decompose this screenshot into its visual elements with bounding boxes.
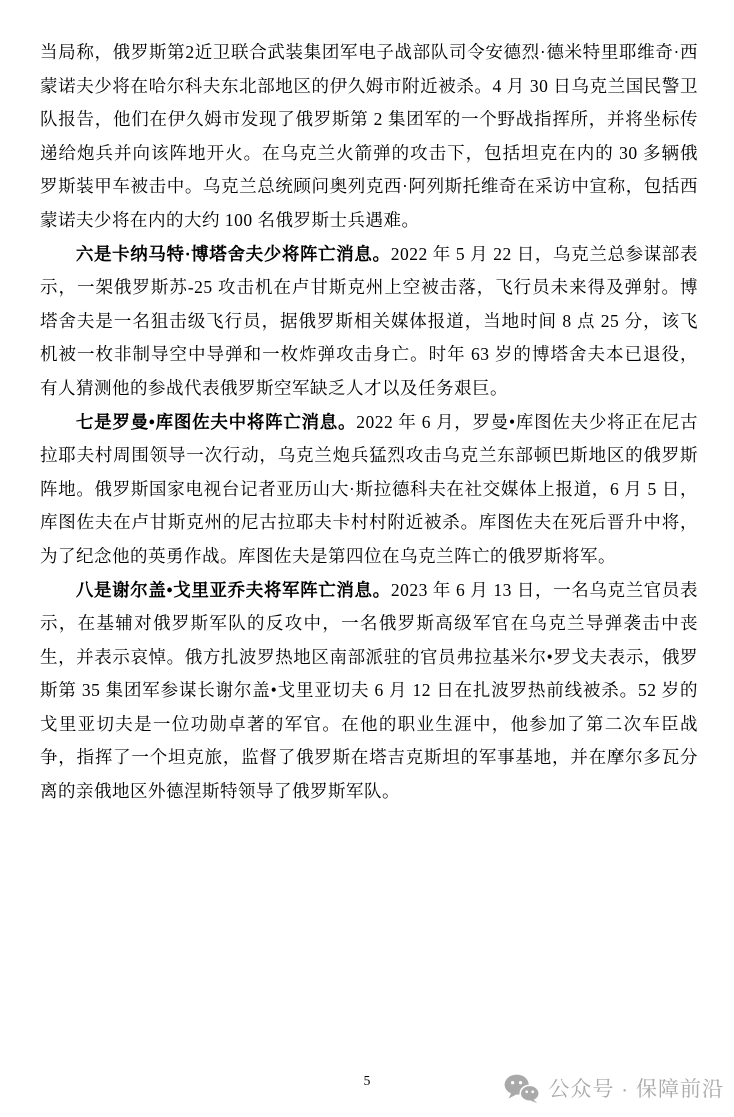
document-page: 当局称，俄罗斯第2近卫联合武装集团军电子战部队司令安德烈·德米特里耶维奇·西蒙诺…: [0, 0, 734, 1117]
paragraph: 当局称，俄罗斯第2近卫联合武装集团军电子战部队司令安德烈·德米特里耶维奇·西蒙诺…: [40, 36, 698, 238]
paragraph-body: 2022 年 5 月 22 日，乌克兰总参谋部表示，一架俄罗斯苏-25 攻击机在…: [40, 244, 698, 398]
paragraph-heading: 六是卡纳马特·博塔舍夫少将阵亡消息。: [76, 244, 391, 264]
wechat-watermark: 公众号 · 保障前沿: [504, 1073, 724, 1103]
paragraph: 六是卡纳马特·博塔舍夫少将阵亡消息。2022 年 5 月 22 日，乌克兰总参谋…: [40, 238, 698, 406]
document-body: 当局称，俄罗斯第2近卫联合武装集团军电子战部队司令安德烈·德米特里耶维奇·西蒙诺…: [40, 36, 698, 809]
paragraph-body: 2022 年 6 月，罗曼•库图佐夫少将正在尼古拉耶夫村周围领导一次行动，乌克兰…: [40, 412, 698, 566]
paragraph-body: 当局称，俄罗斯第2近卫联合武装集团军电子战部队司令安德烈·德米特里耶维奇·西蒙诺…: [40, 42, 698, 230]
wechat-icon: [504, 1074, 539, 1103]
paragraph: 八是谢尔盖•戈里亚乔夫将军阵亡消息。2023 年 6 月 13 日，一名乌克兰官…: [40, 574, 698, 809]
paragraph-heading: 八是谢尔盖•戈里亚乔夫将军阵亡消息。: [76, 580, 391, 600]
watermark-text: 公众号 · 保障前沿: [548, 1073, 724, 1103]
paragraph: 七是罗曼•库图佐夫中将阵亡消息。2022 年 6 月，罗曼•库图佐夫少将正在尼古…: [40, 406, 698, 574]
paragraph-body: 2023 年 6 月 13 日，一名乌克兰官员表示，在基辅对俄罗斯军队的反攻中，…: [40, 580, 698, 802]
paragraph-heading: 七是罗曼•库图佐夫中将阵亡消息。: [76, 412, 356, 432]
